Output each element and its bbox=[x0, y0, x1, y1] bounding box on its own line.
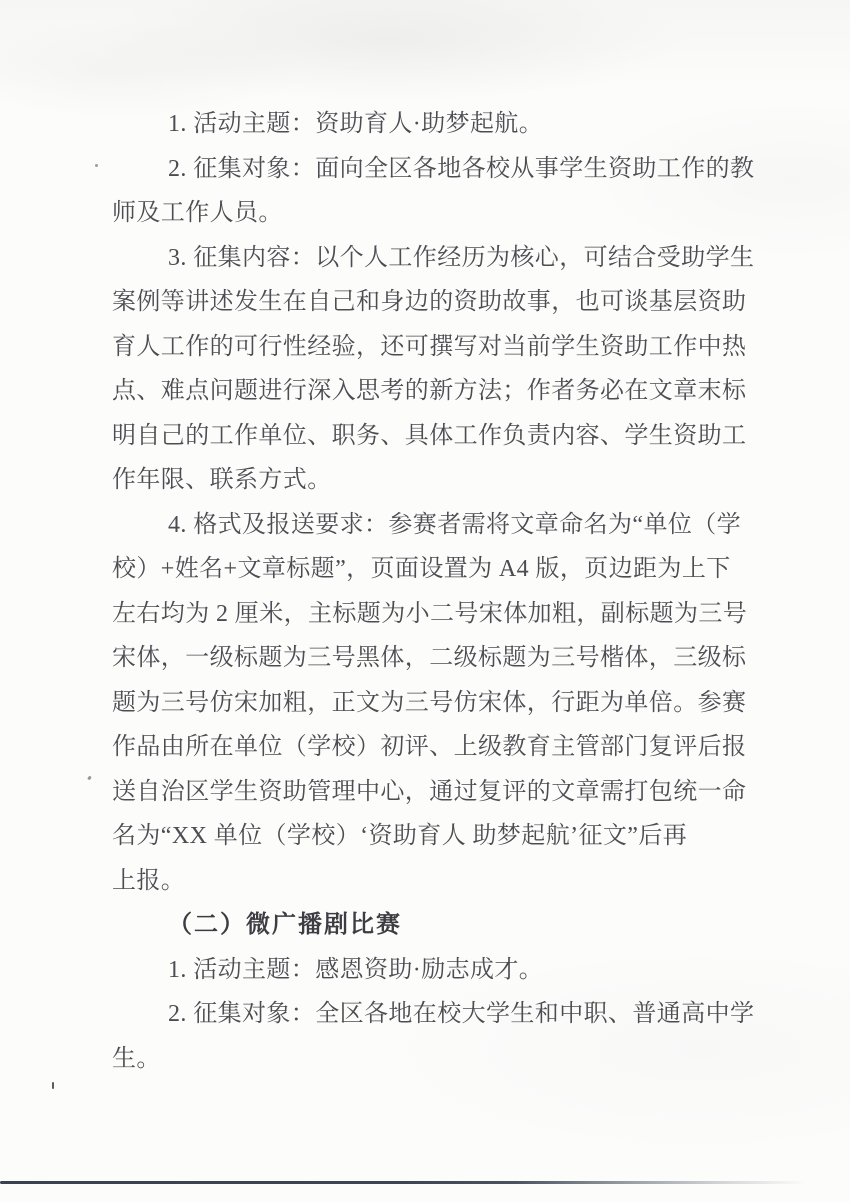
section-heading: （二）微广播剧比赛 bbox=[112, 903, 752, 948]
paper-edge-scan-line bbox=[0, 1181, 832, 1184]
doc-line: 送自治区学生资助管理中心，通过复评的文章需打包统一命 bbox=[112, 770, 752, 815]
doc-line: 生。 bbox=[112, 1037, 752, 1082]
doc-line: 4. 格式及报送要求：参赛者需将文章命名为“单位（学 bbox=[112, 503, 752, 548]
doc-line: 校）+姓名+文章标题”，页面设置为 A4 版，页边距为上下 bbox=[112, 547, 752, 592]
doc-line: 名为“XX 单位（学校）‘资助育人 助梦起航’征文”后再 bbox=[112, 814, 752, 859]
scan-speck bbox=[52, 1082, 54, 1089]
doc-line: 明自己的工作单位、职务、具体工作负责内容、学生资助工 bbox=[112, 414, 752, 459]
doc-line: 宋体，一级标题为三号黑体，二级标题为三号楷体，三级标 bbox=[112, 636, 752, 681]
doc-line: 作品由所在单位（学校）初评、上级教育主管部门复评后报 bbox=[112, 725, 752, 770]
document-body: 1. 活动主题：资助育人·助梦起航。 2. 征集对象：面向全区各地各校从事学生资… bbox=[112, 102, 752, 1081]
doc-line: 师及工作人员。 bbox=[112, 191, 752, 236]
doc-line: 2. 征集对象：全区各地在校大学生和中职、普通高中学 bbox=[112, 992, 752, 1037]
doc-line: 1. 活动主题：感恩资助·励志成才。 bbox=[112, 948, 752, 993]
doc-line: 题为三号仿宋加粗，正文为三号仿宋体，行距为单倍。参赛 bbox=[112, 681, 752, 726]
doc-line: 2. 征集对象：面向全区各地各校从事学生资助工作的教 bbox=[112, 147, 752, 192]
doc-line: 案例等讲述发生在自己和身边的资助故事，也可谈基层资助 bbox=[112, 280, 752, 325]
doc-line: 3. 征集内容：以个人工作经历为核心，可结合受助学生 bbox=[112, 236, 752, 281]
scanned-document-page: { "colors": { "paper": "#fcfcfb", "text"… bbox=[0, 0, 850, 1202]
doc-line: 作年限、联系方式。 bbox=[112, 458, 752, 503]
doc-line: 上报。 bbox=[112, 859, 752, 904]
scan-speck bbox=[95, 164, 98, 167]
doc-line: 1. 活动主题：资助育人·助梦起航。 bbox=[112, 102, 752, 147]
doc-line: 左右均为 2 厘米，主标题为小二号宋体加粗，副标题为三号 bbox=[112, 592, 752, 637]
scan-speck bbox=[87, 776, 92, 781]
doc-line: 育人工作的可行性经验，还可撰写对当前学生资助工作中热 bbox=[112, 325, 752, 370]
doc-line: 点、难点问题进行深入思考的新方法；作者务必在文章末标 bbox=[112, 369, 752, 414]
